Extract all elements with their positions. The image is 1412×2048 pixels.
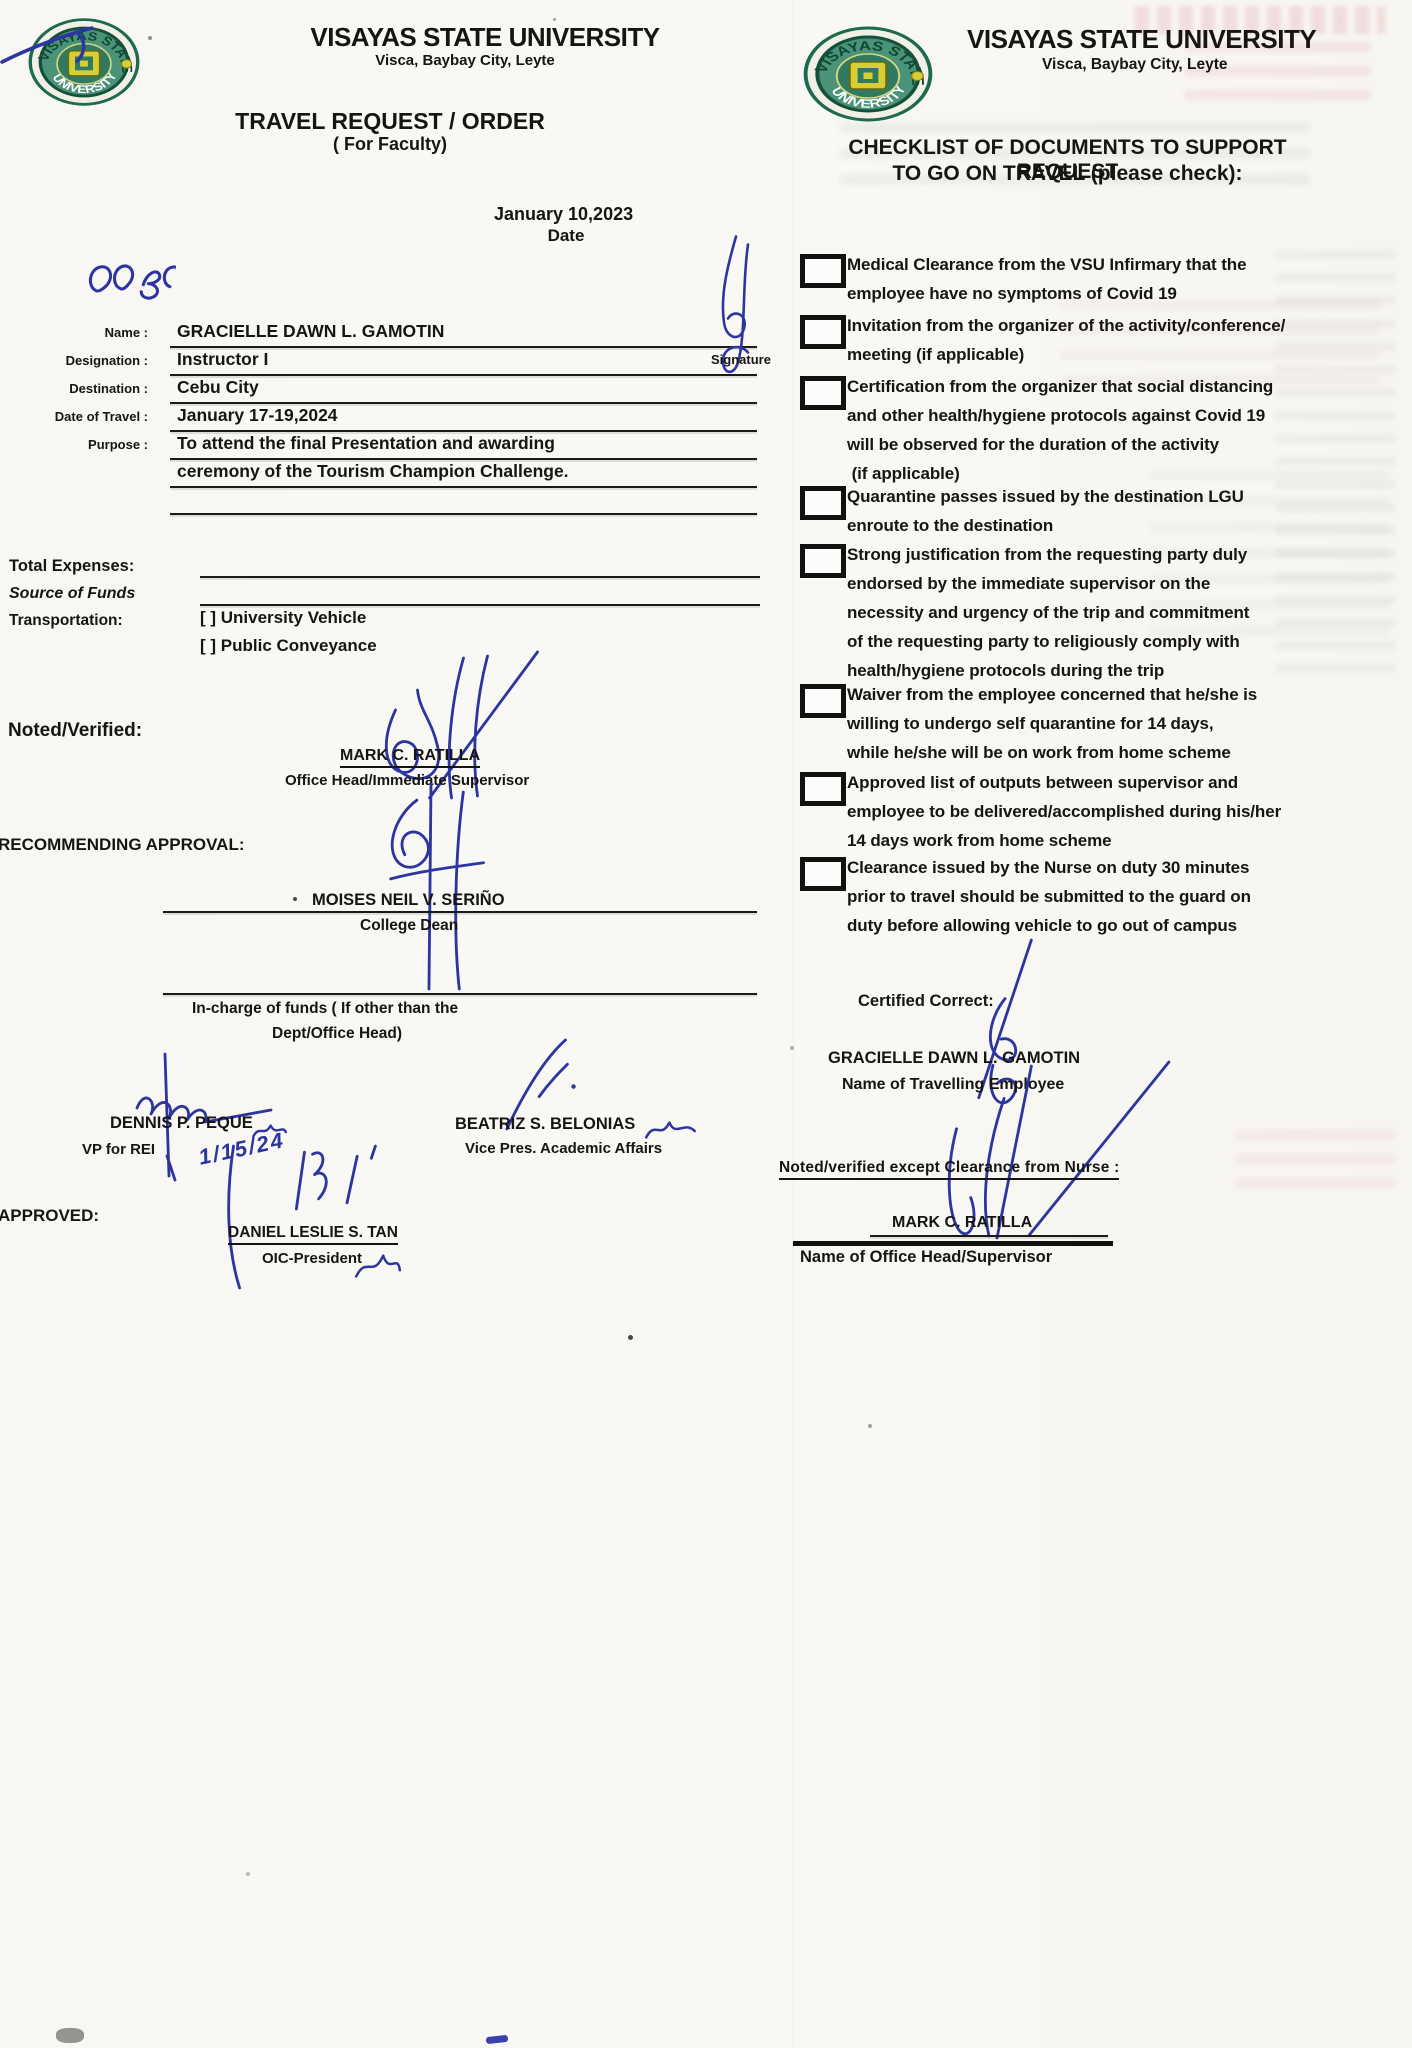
funds-underline <box>200 604 760 606</box>
signature-noted-ratilla <box>908 1058 1176 1240</box>
field-value: Cebu City <box>177 377 259 398</box>
scan-speck <box>246 1872 250 1876</box>
dean-underline <box>163 911 757 913</box>
checklist-item-nurse-clearance: Clearance issued by the Nurse on duty 30… <box>847 853 1251 940</box>
bleed-through-artifact <box>1235 1130 1395 1192</box>
field-underline <box>170 486 757 488</box>
field-label: Purpose : <box>0 437 148 452</box>
president-name: DANIEL LESLIE S. TAN <box>228 1224 398 1245</box>
field-underline <box>170 430 757 432</box>
field-label: Destination : <box>0 381 148 396</box>
dean-name: MOISES NEIL V. SERIÑO <box>312 891 505 910</box>
purpose-line2: ceremony of the Tourism Champion Challen… <box>177 461 569 482</box>
vpaa-title: Vice Pres. Academic Affairs <box>465 1140 662 1157</box>
scan-speck <box>868 1424 872 1428</box>
checkbox-quarantine-passes <box>800 486 846 520</box>
field-underline <box>170 346 757 348</box>
checklist-item-medical-clearance: Medical Clearance from the VSU Infirmary… <box>847 250 1246 308</box>
field-label: Name : <box>0 325 148 340</box>
right-noted-title: Name of Office Head/Supervisor <box>800 1248 1052 1267</box>
vp-rei-name: DENNIS P. PEQUE <box>110 1114 253 1133</box>
noted-except-label: Noted/verified except Clearance from Nur… <box>779 1159 1119 1180</box>
president-title: OIC-President <box>262 1250 362 1267</box>
scan-speck <box>553 18 556 21</box>
pen-stroke-mark <box>0 20 100 70</box>
scan-speck <box>790 1046 794 1050</box>
checklist-item-strong-justification: Strong justification from the requesting… <box>847 540 1249 685</box>
checkbox-nurse-clearance <box>800 857 846 891</box>
checklist-title-line2: TO GO ON TRAVEL (please check): <box>800 162 1335 186</box>
checkbox-invitation <box>800 315 846 349</box>
vpaa-name: BEATRIZ S. BELONIAS <box>455 1115 635 1134</box>
scan-speck <box>293 897 297 901</box>
noted-name-underline <box>870 1235 1108 1237</box>
transport-option-public-conveyance: [ ] Public Conveyance <box>200 636 377 656</box>
transport-option-university-vehicle: [ ] University Vehicle <box>200 608 366 628</box>
checklist-item-invitation: Invitation from the organizer of the act… <box>847 311 1285 369</box>
scan-bottom-mark <box>56 2028 84 2043</box>
field-label: Date of Travel : <box>0 409 148 424</box>
left-university-address: Visca, Baybay City, Leyte <box>295 52 635 69</box>
field-underline <box>170 402 757 404</box>
signature-serino <box>370 782 492 994</box>
vp-rei-title: VP for REI <box>82 1141 155 1158</box>
checklist-item-waiver: Waiver from the employee concerned that … <box>847 680 1257 767</box>
field-underline <box>170 513 757 515</box>
total-expenses-label: Total Expenses: <box>9 557 134 576</box>
scan-crease <box>792 0 794 2048</box>
date-label: Date <box>494 226 638 246</box>
scanned-travel-request-document: VISAYAS STATE UNIVERSITY VISAYAS STATE U… <box>0 0 1412 2048</box>
checkbox-certification <box>800 376 846 410</box>
checklist-item-quarantine-passes: Quarantine passes issued by the destinat… <box>847 482 1244 540</box>
checklist-item-certification: Certification from the organizer that so… <box>847 372 1273 488</box>
checkbox-medical-clearance <box>800 254 846 288</box>
approved-label: APPROVED: <box>0 1206 99 1226</box>
checklist-item-approved-outputs: Approved list of outputs between supervi… <box>847 768 1281 855</box>
field-value: To attend the final Presentation and awa… <box>177 433 555 454</box>
form-title: TRAVEL REQUEST / ORDER <box>225 108 555 135</box>
ink-smudge <box>486 2035 509 2044</box>
source-of-funds-label: Source of Funds <box>9 585 135 603</box>
form-subtitle: ( For Faculty) <box>225 134 555 155</box>
noted-verified-label: Noted/Verified: <box>8 720 142 742</box>
vsu-seal-logo: VISAYAS STATE UNIVERSITY <box>803 24 933 124</box>
incharge-underline <box>163 993 757 995</box>
signature-label: Signature <box>711 352 771 367</box>
checkbox-approved-outputs <box>800 772 846 806</box>
dean-title: College Dean <box>360 917 458 935</box>
scan-speck <box>148 36 152 40</box>
right-university-name: VISAYAS STATE UNIVERSITY <box>967 24 1316 55</box>
field-value: January 17-19,2024 <box>177 405 338 426</box>
field-value: Instructor I <box>177 349 268 370</box>
field-label: Designation : <box>0 353 148 368</box>
bleed-through-artifact <box>1275 250 1395 680</box>
incharge-line2: Dept/Office Head) <box>272 1025 402 1043</box>
right-noted-name: MARK C. RATILLA <box>892 1214 1032 1232</box>
field-value: GRACIELLE DAWN L. GAMOTIN <box>177 321 444 342</box>
noted-thick-rule <box>793 1241 1113 1246</box>
incharge-line1: In-charge of funds ( If other than the <box>192 1000 458 1018</box>
scan-speck <box>628 1335 633 1340</box>
date-value: January 10,2023 <box>494 204 633 225</box>
checkbox-strong-justification <box>800 544 846 578</box>
expenses-underline <box>200 576 760 578</box>
field-underline <box>170 374 757 376</box>
signature-flourish <box>352 1243 404 1287</box>
field-underline <box>170 458 757 460</box>
handwritten-code-0030 <box>84 256 176 302</box>
left-university-name: VISAYAS STATE UNIVERSITY <box>295 22 675 53</box>
right-university-address: Visca, Baybay City, Leyte <box>1042 56 1228 74</box>
checkbox-waiver <box>800 684 846 718</box>
noted-name: MARK C. RATILLA <box>340 747 480 768</box>
recommending-approval-label: RECOMMENDING APPROVAL: <box>0 835 245 855</box>
transportation-label: Transportation: <box>9 612 123 630</box>
